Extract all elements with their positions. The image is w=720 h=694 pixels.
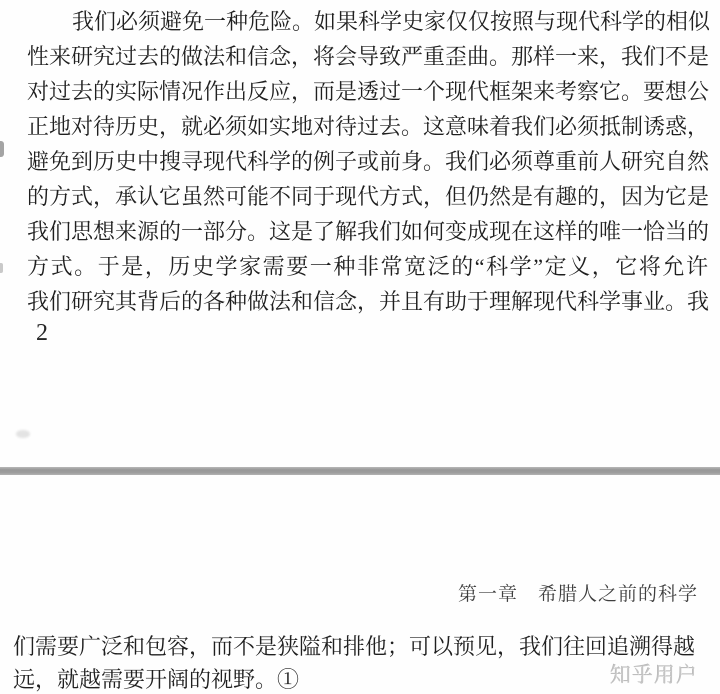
paragraph-line: 们需要广泛和包容，而不是狭隘和排他；可以预见，我们往回追溯得越 [13, 630, 691, 663]
page-number: 2 [36, 320, 48, 347]
scan-artifact-speck [0, 263, 3, 273]
paragraph-line: 我们思想来源的一部分。这是了解我们如何变成现在这样的唯一恰当的 [27, 214, 708, 249]
bottom-page-paragraph: 们需要广泛和包容，而不是狭隘和排他；可以预见，我们往回追溯得越 远，就越需要开阔… [13, 630, 691, 694]
top-page-paragraph: 我们必须避免一种危险。如果科学史家仅仅按照与现代科学的相似 性来研究过去的做法和… [27, 4, 708, 319]
chapter-number-label: 第一章 [458, 584, 518, 605]
paragraph-line: 方式。于是，历史学家需要一种非常宽泛的“科学”定义，它将允许 [27, 249, 708, 284]
page-break-divider [0, 467, 720, 475]
running-header: 第一章希腊人之前的科学 [458, 579, 698, 606]
chapter-title-label: 希腊人之前的科学 [538, 584, 698, 605]
paragraph-line: 正地对待历史，就必须如实地对待过去。这意味着我们必须抵制诱惑， [27, 109, 708, 144]
paragraph-line: 的方式，承认它虽然可能不同于现代方式，但仍然是有趣的，因为它是 [27, 179, 708, 214]
paragraph-line: 对过去的实际情况作出反应，而是透过一个现代框架来考察它。要想公 [27, 74, 708, 109]
scan-artifact-smudge [16, 430, 30, 438]
scan-artifact-speck [0, 141, 4, 157]
paragraph-line: 我们研究其背后的各种做法和信念，并且有助于理解现代科学事业。我 [27, 284, 708, 319]
paragraph-line: 避免到历史中搜寻现代科学的例子或前身。我们必须尊重前人研究自然 [27, 144, 708, 179]
paragraph-line: 性来研究过去的做法和信念，将会导致严重歪曲。那样一来，我们不是 [27, 39, 708, 74]
zhihu-user-watermark: 知乎用户 [610, 659, 698, 689]
scanned-book-page: 我们必须避免一种危险。如果科学史家仅仅按照与现代科学的相似 性来研究过去的做法和… [0, 0, 720, 694]
paragraph-line: 我们必须避免一种危险。如果科学史家仅仅按照与现代科学的相似 [27, 4, 708, 39]
paragraph-line-with-footnote: 远，就越需要开阔的视野。① [13, 663, 691, 694]
